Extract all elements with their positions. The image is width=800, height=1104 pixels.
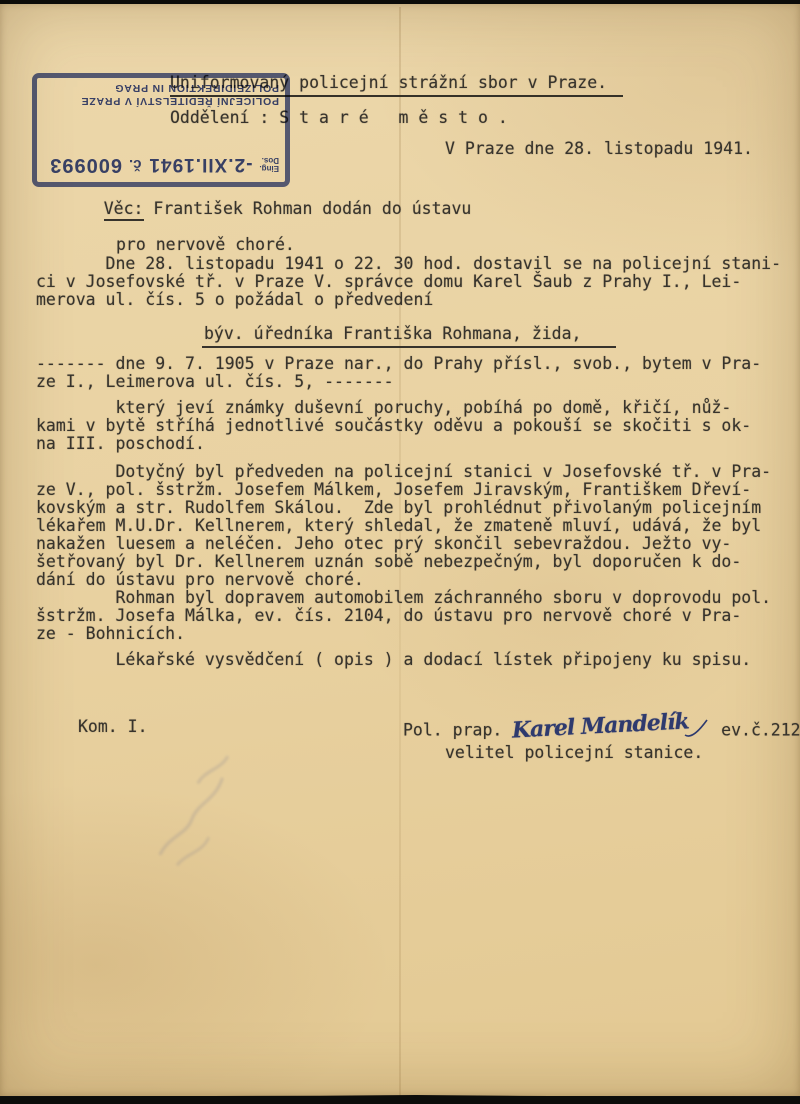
stamp-date-number-row: Eing. Dos. -2.XII.1941 č. 600993	[43, 153, 279, 176]
subject-line2: pro nervově choré.	[116, 236, 471, 254]
paragraph-personal-data: ------- dne 9. 7. 1905 v Praze nar., do …	[36, 355, 761, 391]
subject-line1: František Rohman dodán do ústavu	[144, 199, 472, 218]
paragraph-report-intro: Dne 28. listopadu 1941 o 22. 30 hod. dos…	[36, 255, 781, 309]
paragraph-symptoms: který jeví známky duševní poruchy, pobíh…	[36, 399, 751, 453]
signature-row: Pol. prap. Karel Mandelík ev.č.2122,	[403, 718, 800, 744]
place-date-line: V Praze dne 28. listopadu 1941.	[445, 140, 753, 158]
paragraph-examination: Dotyčný byl předveden na policejní stani…	[36, 463, 771, 589]
stamp-tiny-bottom: Dos.	[259, 157, 279, 165]
stamp-date: -2.XII.1941	[148, 154, 252, 176]
photo-edge-bottom	[0, 1095, 800, 1104]
document-paper: Uniformovaný policejní strážní sbor v Pr…	[0, 3, 800, 1096]
stamp-number-label: č.	[129, 156, 142, 173]
stamp-czech-line: POLICEJNÍ ŘEDITELSTVÍ V PRAZE	[43, 95, 279, 107]
signer-title-line: velitel policejní stanice.	[445, 744, 703, 762]
paragraph-transport: Rohman byl dopravem automobilem záchrann…	[36, 589, 771, 643]
stamp-number: 600993	[49, 153, 122, 176]
closing-left-reference: Kom. I.	[78, 718, 148, 736]
stamp-german-line: POLIZEIDIREKTION IN PRAG	[43, 82, 279, 94]
stamp-tiny-labels: Eing. Dos.	[259, 157, 279, 173]
ghost-ink-marks	[126, 744, 284, 884]
subject-label: Věc:	[104, 199, 144, 221]
police-directorate-registry-stamp: Eing. Dos. -2.XII.1941 č. 600993 POLICEJ…	[32, 73, 290, 187]
signature-suffix: ev.č.2122,	[711, 721, 800, 740]
stamp-tiny-top: Eing.	[259, 165, 279, 173]
handwritten-signature: Karel Mandelík	[512, 714, 689, 737]
signature-prefix: Pol. prap.	[403, 721, 512, 740]
photo-edge-top	[0, 0, 800, 4]
paragraph-attachments: Lékařské vysvědčení ( opis ) a dodací lí…	[36, 651, 751, 669]
central-heading-person: býv. úředníka Františka Rohmana, žida,	[202, 325, 616, 348]
